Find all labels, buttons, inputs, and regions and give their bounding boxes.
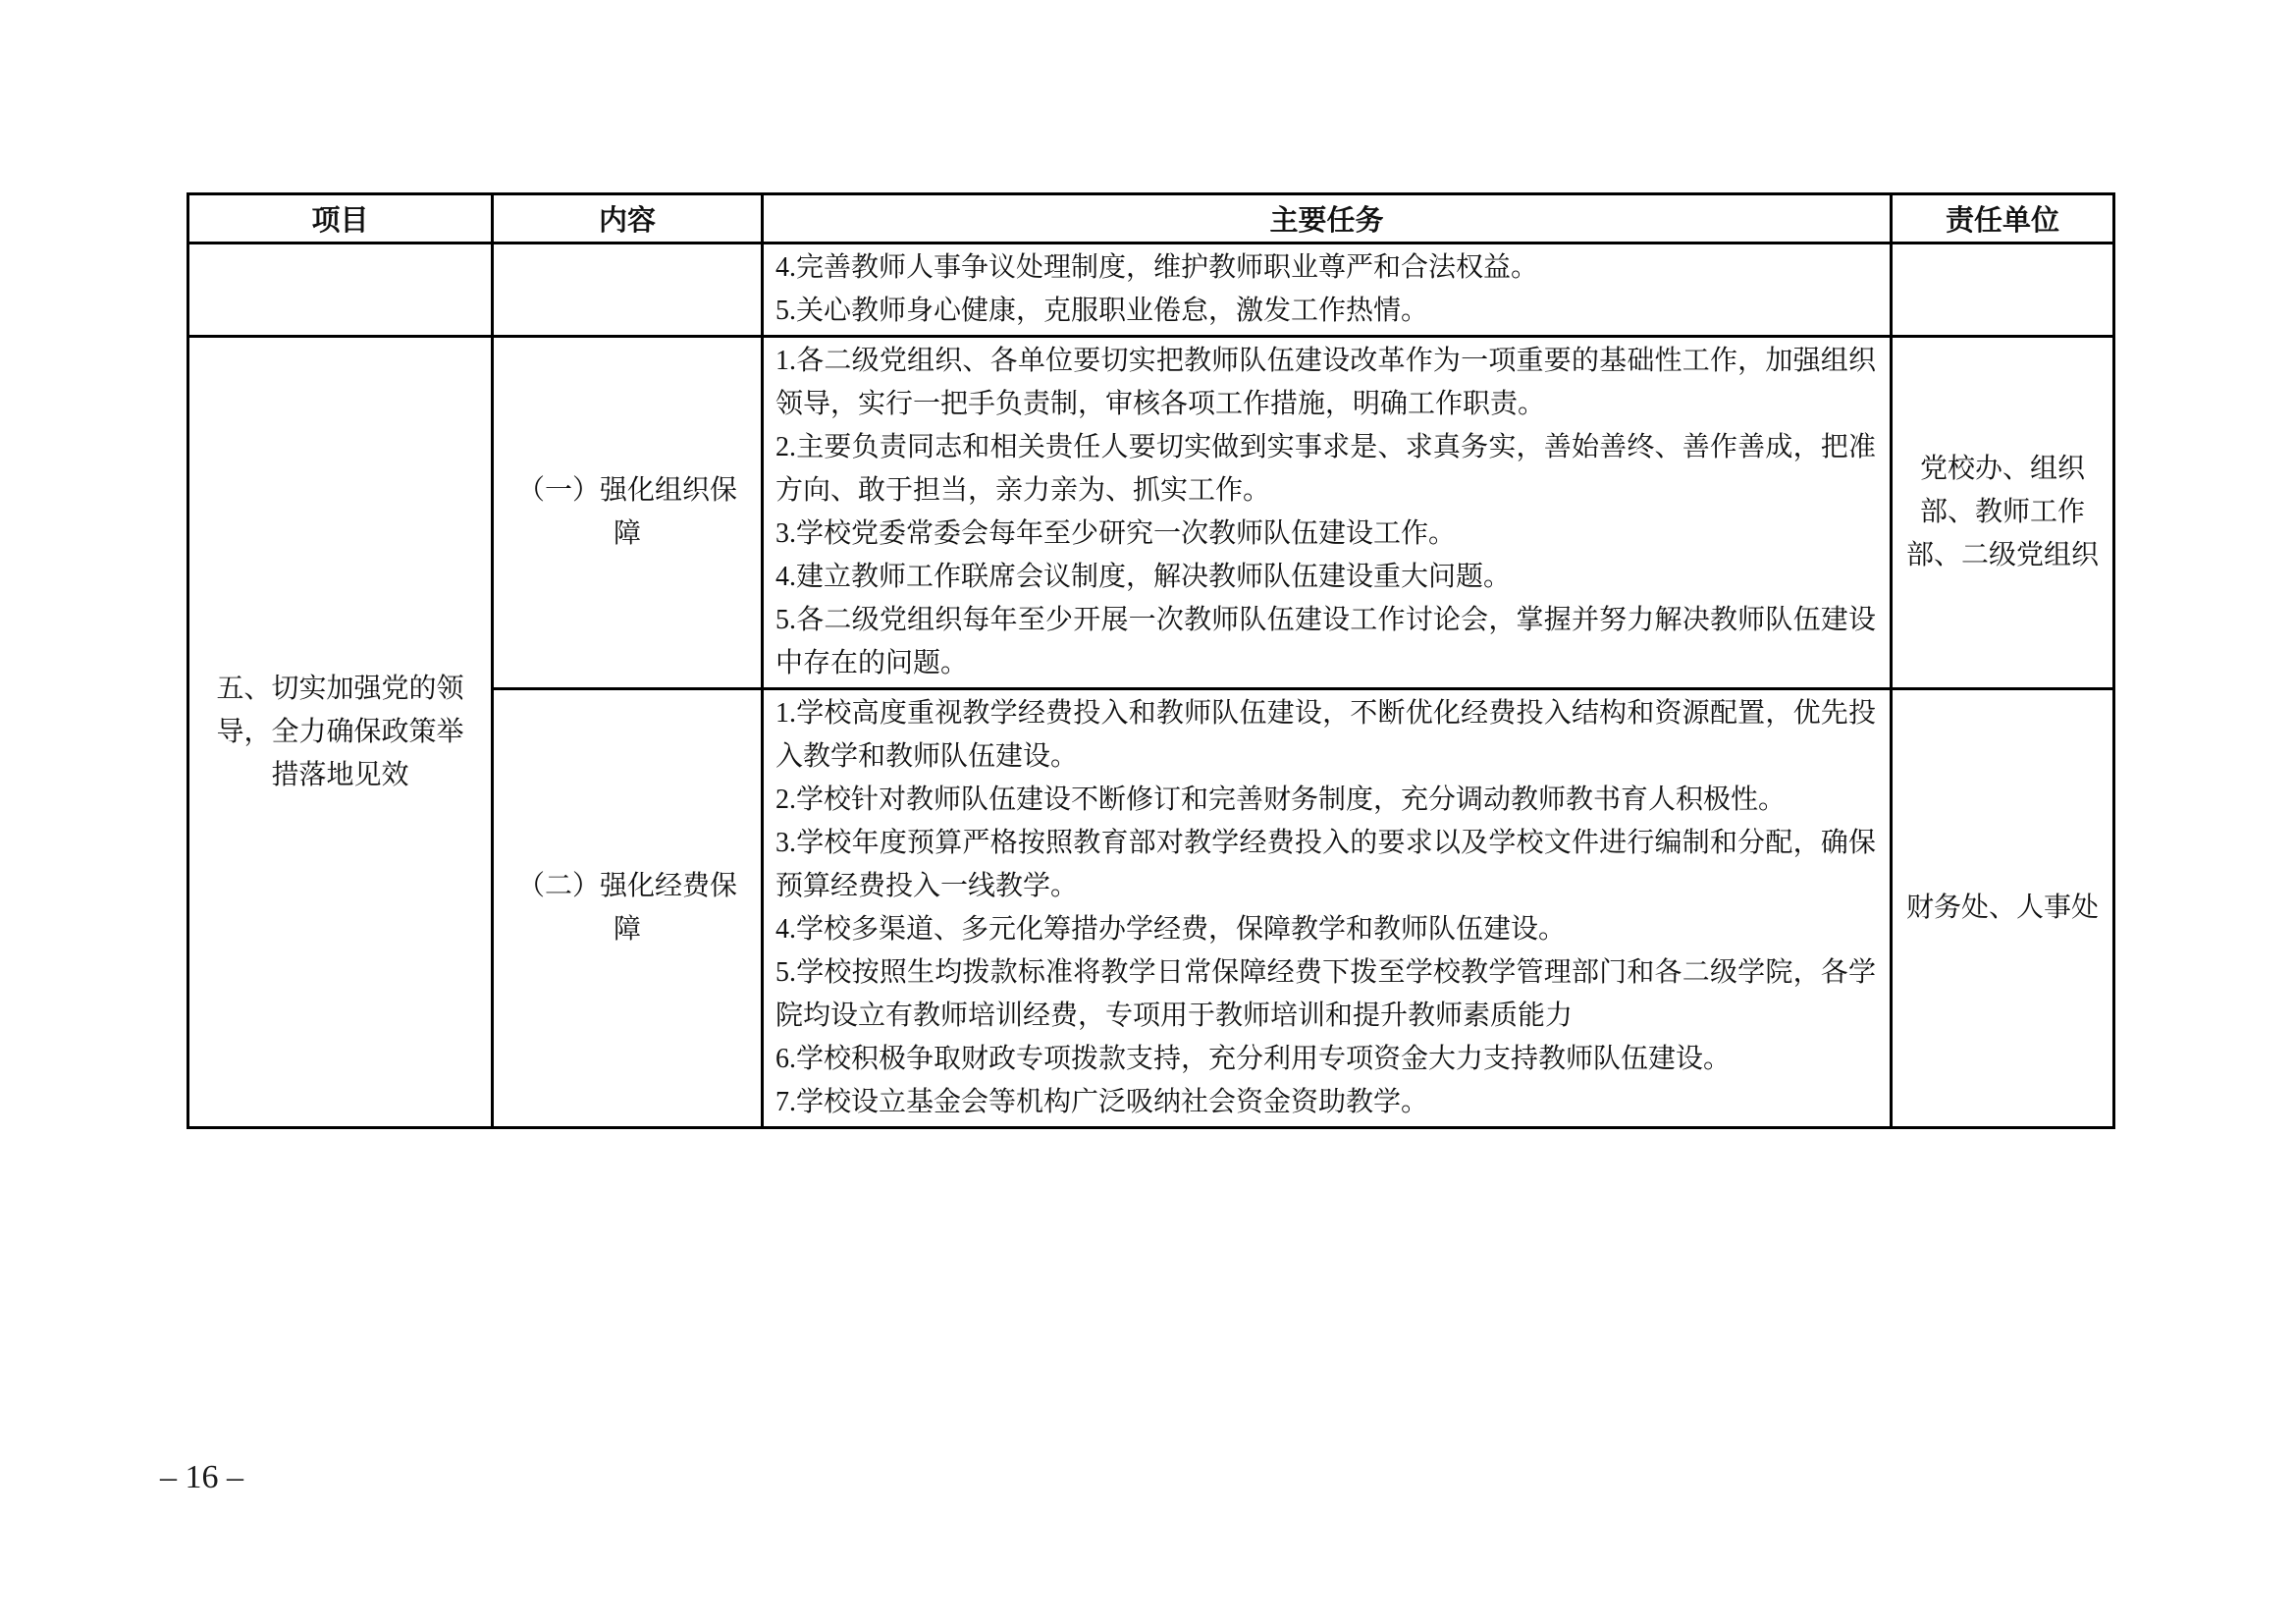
task-item: 4.建立教师工作联席会议制度，解决教师队伍建设重大问题。 bbox=[775, 556, 1876, 599]
header-unit: 责任单位 bbox=[1892, 194, 2114, 244]
project-cell: 五、切实加强党的领导，全力确保政策举措落地见效 bbox=[188, 337, 493, 1128]
task-item: 5.学校按照生均拨款标准将教学日常保障经费下拨至学校教学管理部门和各二级学院，各… bbox=[775, 951, 1876, 1038]
header-tasks: 主要任务 bbox=[763, 194, 1892, 244]
task-item: 3.学校党委常委会每年至少研究一次教师队伍建设工作。 bbox=[775, 513, 1876, 556]
header-content: 内容 bbox=[493, 194, 763, 244]
table-row-organization: 五、切实加强党的领导，全力确保政策举措落地见效 （一）强化组织保障 1.各二级党… bbox=[188, 337, 2114, 689]
policy-table: 项目 内容 主要任务 责任单位 4.完善教师人事争议处理制度，维护教师职业尊严和… bbox=[187, 192, 2115, 1129]
tasks-cell: 4.完善教师人事争议处理制度，维护教师职业尊严和合法权益。 5.关心教师身心健康… bbox=[763, 244, 1892, 337]
task-item: 2.主要负责同志和相关贵任人要切实做到实事求是、求真务实，善始善终、善作善成，把… bbox=[775, 426, 1876, 513]
task-item: 5.各二级党组织每年至少开展一次教师队伍建设工作讨论会，掌握并努力解决教师队伍建… bbox=[775, 599, 1876, 685]
unit-cell: 党校办、组织部、教师工作部、二级党组织 bbox=[1892, 337, 2114, 689]
content-cell: （二）强化经费保障 bbox=[493, 689, 763, 1128]
task-item: 1.各二级党组织、各单位要切实把教师队伍建设改革作为一项重要的基础性工作，加强组… bbox=[775, 340, 1876, 426]
document-page: { "colors": { "background": "#ffffff", "… bbox=[0, 0, 2296, 1624]
unit-cell: 财务处、人事处 bbox=[1892, 689, 2114, 1128]
task-item: 4.完善教师人事争议处理制度，维护教师职业尊严和合法权益。 bbox=[775, 246, 1876, 290]
tasks-cell: 1.各二级党组织、各单位要切实把教师队伍建设改革作为一项重要的基础性工作，加强组… bbox=[763, 337, 1892, 689]
tasks-cell: 1.学校高度重视教学经费投入和教师队伍建设，不断优化经费投入结构和资源配置，优先… bbox=[763, 689, 1892, 1128]
content-cell: （一）强化组织保障 bbox=[493, 337, 763, 689]
page-number: – 16 – bbox=[160, 1459, 243, 1496]
header-project: 项目 bbox=[188, 194, 493, 244]
task-item: 2.学校针对教师队伍建设不断修订和完善财务制度，充分调动教师教书育人积极性。 bbox=[775, 779, 1876, 822]
task-item: 4.学校多渠道、多元化筹措办学经费，保障教学和教师队伍建设。 bbox=[775, 908, 1876, 951]
unit-cell-empty bbox=[1892, 244, 2114, 337]
table-row-carryover: 4.完善教师人事争议处理制度，维护教师职业尊严和合法权益。 5.关心教师身心健康… bbox=[188, 244, 2114, 337]
task-item: 1.学校高度重视教学经费投入和教师队伍建设，不断优化经费投入结构和资源配置，优先… bbox=[775, 692, 1876, 779]
content-cell-empty bbox=[493, 244, 763, 337]
task-item: 6.学校积极争取财政专项拨款支持，充分利用专项资金大力支持教师队伍建设。 bbox=[775, 1038, 1876, 1081]
task-item: 5.关心教师身心健康，克服职业倦怠，激发工作热情。 bbox=[775, 290, 1876, 333]
project-cell-empty bbox=[188, 244, 493, 337]
table-header-row: 项目 内容 主要任务 责任单位 bbox=[188, 194, 2114, 244]
task-item: 7.学校设立基金会等机构广泛吸纳社会资金资助教学。 bbox=[775, 1081, 1876, 1124]
task-item: 3.学校年度预算严格按照教育部对教学经费投入的要求以及学校文件进行编制和分配，确… bbox=[775, 822, 1876, 908]
